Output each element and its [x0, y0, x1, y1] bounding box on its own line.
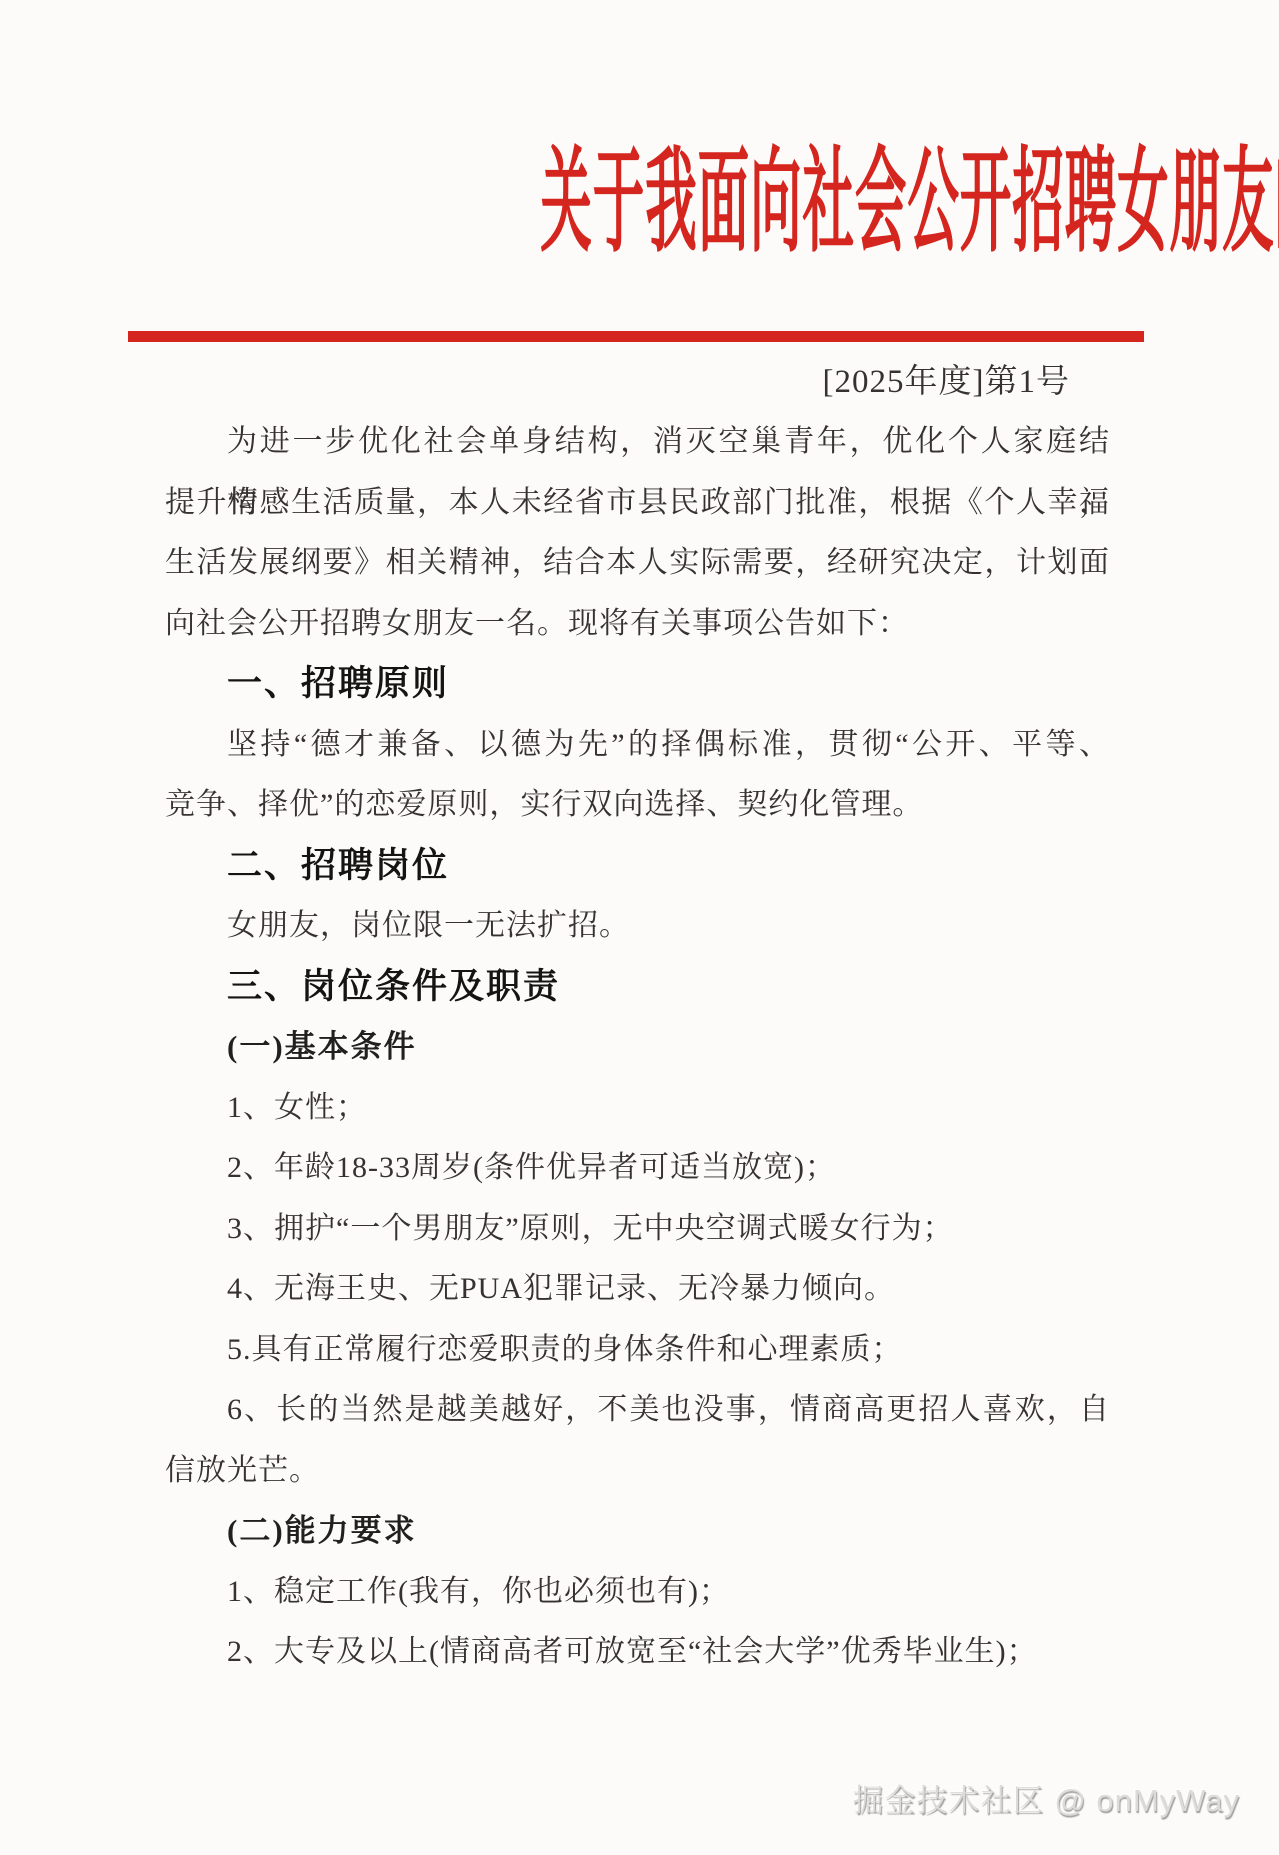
intro-line-1: 为进一步优化社会单身结构，消灭空巢青年，优化个人家庭结构， — [165, 412, 1110, 473]
red-divider-rule — [128, 331, 1144, 342]
basic-item-2: 2、年龄18-33周岁(条件优异者可适当放宽)； — [165, 1138, 1110, 1199]
section1-heading: 一、招聘原则 — [165, 654, 1110, 715]
intro-line-4: 向社会公开招聘女朋友一名。现将有关事项公告如下： — [165, 594, 1110, 655]
section1-line-1: 坚持“德才兼备、以德为先”的择偶标准，贯彻“公开、平等、 — [165, 715, 1110, 776]
ability-requirements-subheading: (二)能力要求 — [165, 1501, 1110, 1562]
basic-item-6-line-2: 信放光芒。 — [165, 1441, 1110, 1502]
basic-item-5: 5.具有正常履行恋爱职责的身体条件和心理素质； — [165, 1320, 1110, 1381]
ability-item-2: 2、大专及以上(情商高者可放宽至“社会大学”优秀毕业生)； — [165, 1622, 1110, 1683]
document-title: 关于我面向社会公开招聘女朋友的公告 — [0, 146, 1279, 260]
basic-item-3: 3、拥护“一个男朋友”原则，无中央空调式暖女行为； — [165, 1199, 1110, 1260]
section3-heading: 三、岗位条件及职责 — [165, 957, 1110, 1018]
document-title-text: 关于我面向社会公开招聘女朋友的公告 — [540, 146, 1279, 260]
document-number: [2025年度]第1号 — [0, 362, 1070, 402]
basic-item-6-line-1: 6、长的当然是越美越好，不美也没事，情商高更招人喜欢，自 — [165, 1380, 1110, 1441]
section2-line-1: 女朋友，岗位限一无法扩招。 — [165, 896, 1110, 957]
intro-line-2: 提升情感生活质量，本人未经省市县民政部门批准，根据《个人幸福 — [165, 473, 1110, 534]
basic-conditions-subheading: (一)基本条件 — [165, 1017, 1110, 1078]
announcement-document-page: 关于我面向社会公开招聘女朋友的公告 [2025年度]第1号 为进一步优化社会单身… — [0, 0, 1279, 1855]
document-body: 为进一步优化社会单身结构，消灭空巢青年，优化个人家庭结构， 提升情感生活质量，本… — [165, 412, 1110, 1683]
watermark: 掘金技术社区 @ onMyWay — [0, 1783, 1240, 1819]
basic-item-4: 4、无海王史、无PUA犯罪记录、无冷暴力倾向。 — [165, 1259, 1110, 1320]
section2-heading: 二、招聘岗位 — [165, 836, 1110, 897]
basic-item-1: 1、女性； — [165, 1078, 1110, 1139]
intro-line-3: 生活发展纲要》相关精神，结合本人实际需要，经研究决定，计划面 — [165, 533, 1110, 594]
section1-line-2: 竞争、择优”的恋爱原则，实行双向选择、契约化管理。 — [165, 775, 1110, 836]
ability-item-1: 1、稳定工作(我有，你也必须也有)； — [165, 1562, 1110, 1623]
